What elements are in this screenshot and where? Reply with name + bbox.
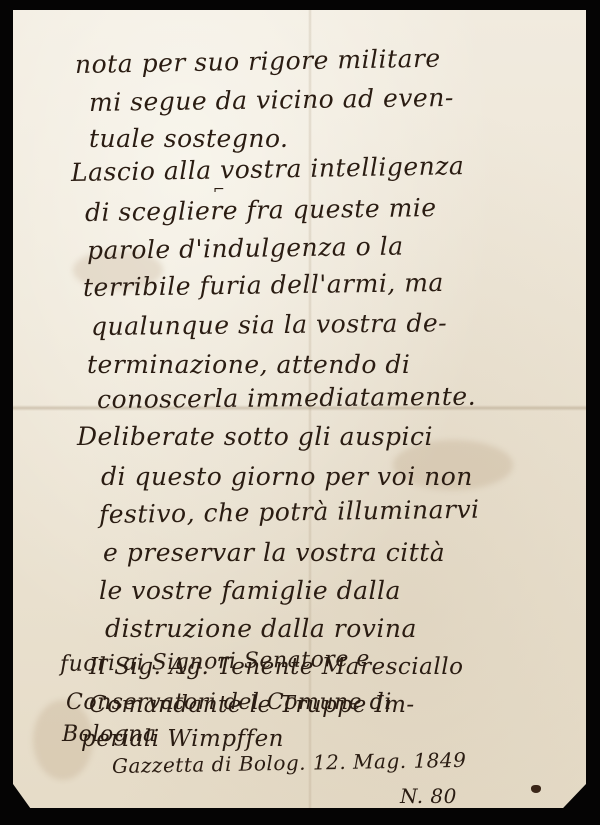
letter-line: parole d'indulgenza o la	[87, 232, 404, 265]
letter-line: Lascio alla vostra intelligenza	[71, 151, 465, 187]
letter-line: conoscerla immediatamente.	[97, 382, 476, 414]
letter-line: mi segue da vicino ad even-	[89, 83, 454, 117]
letter-line: di scegliere fra queste mie	[85, 193, 437, 227]
address-line: Bologna	[62, 722, 157, 747]
letter-paper: nota per suo rigore militare mi segue da…	[13, 10, 586, 808]
letter-line: qualunque sia la vostra de-	[91, 308, 447, 341]
letter-line: terribile furia dell'armi, ma	[83, 268, 444, 302]
letter-line: Deliberate sotto gli auspici	[77, 422, 433, 451]
letter-line: di questo giorno per voi non	[101, 462, 473, 491]
ink-blot	[531, 785, 541, 793]
page-number: N. 80	[400, 784, 457, 808]
letter-line: terminazione, attendo di	[87, 350, 410, 379]
letter-line: distruzione dalla rovina	[105, 614, 417, 643]
letter-line: tuale sostegno.	[89, 124, 289, 153]
letter-line: festivo, che potrà illuminarvi	[99, 495, 480, 529]
letter-line: le vostre famiglie dalla	[99, 576, 401, 605]
letter-line: nota per suo rigore militare	[75, 44, 441, 79]
address-line: Conservatori del Comune di	[66, 690, 392, 715]
letter-line: e preservar la vostra città	[103, 538, 445, 567]
